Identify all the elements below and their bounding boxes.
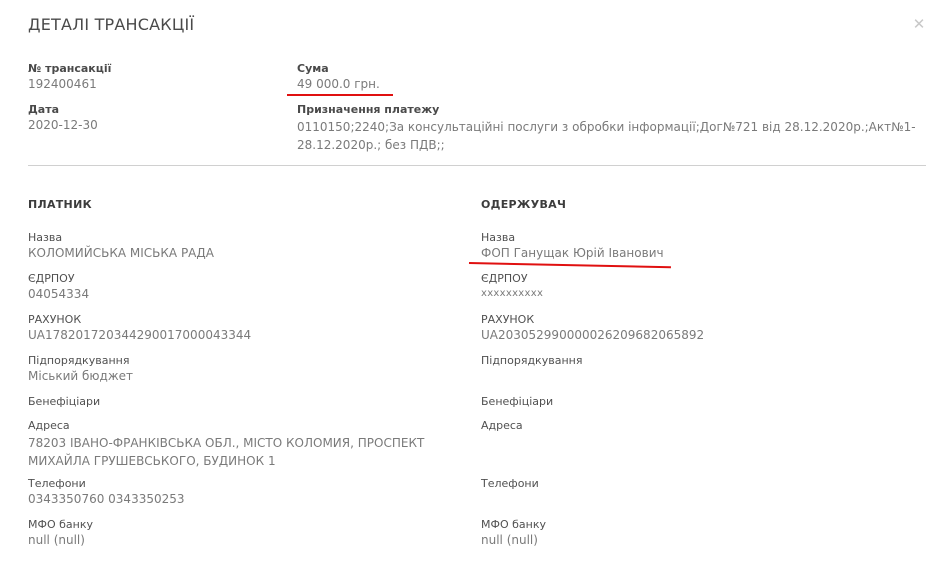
- purpose-value-line1: 0110150;2240;За консультаційні послуги з…: [297, 117, 916, 137]
- payer-heading: ПЛАТНИК: [28, 198, 92, 211]
- payer-address-label: Адреса: [28, 418, 424, 433]
- payer-account-field: РАХУНОК UA178201720344290017000043344: [28, 312, 251, 343]
- payer-name-label: Назва: [28, 230, 214, 245]
- recipient-name-label: Назва: [481, 230, 664, 245]
- recipient-account-field: РАХУНОК UA203052990000026209682065892: [481, 312, 704, 343]
- date-field: Дата 2020-12-30: [28, 102, 98, 133]
- recipient-subordination-field: Підпорядкування: [481, 353, 582, 368]
- transaction-number-value: 192400461: [28, 76, 111, 92]
- amount-highlight-underline: [287, 94, 393, 96]
- recipient-address-field: Адреса: [481, 418, 523, 433]
- amount-label: Сума: [297, 61, 380, 76]
- payer-address-line1: 78203 ІВАНО-ФРАНКІВСЬКА ОБЛ., МІСТО КОЛО…: [28, 433, 424, 453]
- section-divider: [28, 165, 926, 166]
- payer-subordination-field: Підпорядкування Міський бюджет: [28, 353, 133, 384]
- recipient-subordination-label: Підпорядкування: [481, 353, 582, 368]
- payer-name-field: Назва КОЛОМИЙСЬКА МІСЬКА РАДА: [28, 230, 214, 261]
- dialog-title: ДЕТАЛІ ТРАНСАКЦІЇ: [28, 15, 194, 34]
- payer-mfo-value: null (null): [28, 532, 93, 548]
- recipient-phones-label: Телефони: [481, 476, 539, 491]
- payer-edrpou-label: ЄДРПОУ: [28, 271, 89, 286]
- recipient-edrpou-label: ЄДРПОУ: [481, 271, 543, 286]
- recipient-name-value: ФОП Ганущак Юрій Іванович: [481, 245, 664, 261]
- recipient-beneficiaries-field: Бенефіціари: [481, 394, 553, 409]
- recipient-mfo-label: МФО банку: [481, 517, 546, 532]
- purpose-value-line2: 28.12.2020р.; без ПДВ;;: [297, 135, 916, 155]
- recipient-address-label: Адреса: [481, 418, 523, 433]
- recipient-mfo-value: null (null): [481, 532, 546, 548]
- payer-account-value: UA178201720344290017000043344: [28, 327, 251, 343]
- payer-beneficiaries-field: Бенефіціари: [28, 394, 100, 409]
- payer-edrpou-field: ЄДРПОУ 04054334: [28, 271, 89, 302]
- payer-mfo-label: МФО банку: [28, 517, 93, 532]
- recipient-mfo-field: МФО банку null (null): [481, 517, 546, 548]
- close-icon[interactable]: ✕: [912, 17, 926, 31]
- recipient-name-field: Назва ФОП Ганущак Юрій Іванович: [481, 230, 664, 261]
- amount-field: Сума 49 000.0 грн.: [297, 61, 380, 92]
- recipient-phones-field: Телефони: [481, 476, 539, 491]
- transaction-number-field: № трансакції 192400461: [28, 61, 111, 92]
- amount-value: 49 000.0 грн.: [297, 76, 380, 92]
- payer-edrpou-value: 04054334: [28, 286, 89, 302]
- recipient-beneficiaries-label: Бенефіціари: [481, 394, 553, 409]
- date-value: 2020-12-30: [28, 117, 98, 133]
- payer-address-line2: МИХАЙЛА ГРУШЕВСЬКОГО, БУДИНОК 1: [28, 451, 424, 471]
- payer-name-value: КОЛОМИЙСЬКА МІСЬКА РАДА: [28, 245, 214, 261]
- purpose-label: Призначення платежу: [297, 102, 916, 117]
- recipient-heading: ОДЕРЖУВАЧ: [481, 198, 566, 211]
- recipient-edrpou-field: ЄДРПОУ xxxxxxxxxx: [481, 271, 543, 302]
- date-label: Дата: [28, 102, 98, 117]
- payer-account-label: РАХУНОК: [28, 312, 251, 327]
- payer-subordination-value: Міський бюджет: [28, 368, 133, 384]
- payer-address-field: Адреса 78203 ІВАНО-ФРАНКІВСЬКА ОБЛ., МІС…: [28, 418, 424, 471]
- recipient-account-value: UA203052990000026209682065892: [481, 327, 704, 343]
- payer-phones-value: 0343350760 0343350253: [28, 491, 185, 507]
- payer-phones-label: Телефони: [28, 476, 185, 491]
- payer-mfo-field: МФО банку null (null): [28, 517, 93, 548]
- payer-beneficiaries-label: Бенефіціари: [28, 394, 100, 409]
- transaction-number-label: № трансакції: [28, 61, 111, 76]
- purpose-field: Призначення платежу 0110150;2240;За конс…: [297, 102, 916, 155]
- recipient-name-highlight-underline: [469, 262, 671, 268]
- recipient-edrpou-value: xxxxxxxxxx: [481, 286, 543, 302]
- recipient-account-label: РАХУНОК: [481, 312, 704, 327]
- payer-phones-field: Телефони 0343350760 0343350253: [28, 476, 185, 507]
- payer-subordination-label: Підпорядкування: [28, 353, 133, 368]
